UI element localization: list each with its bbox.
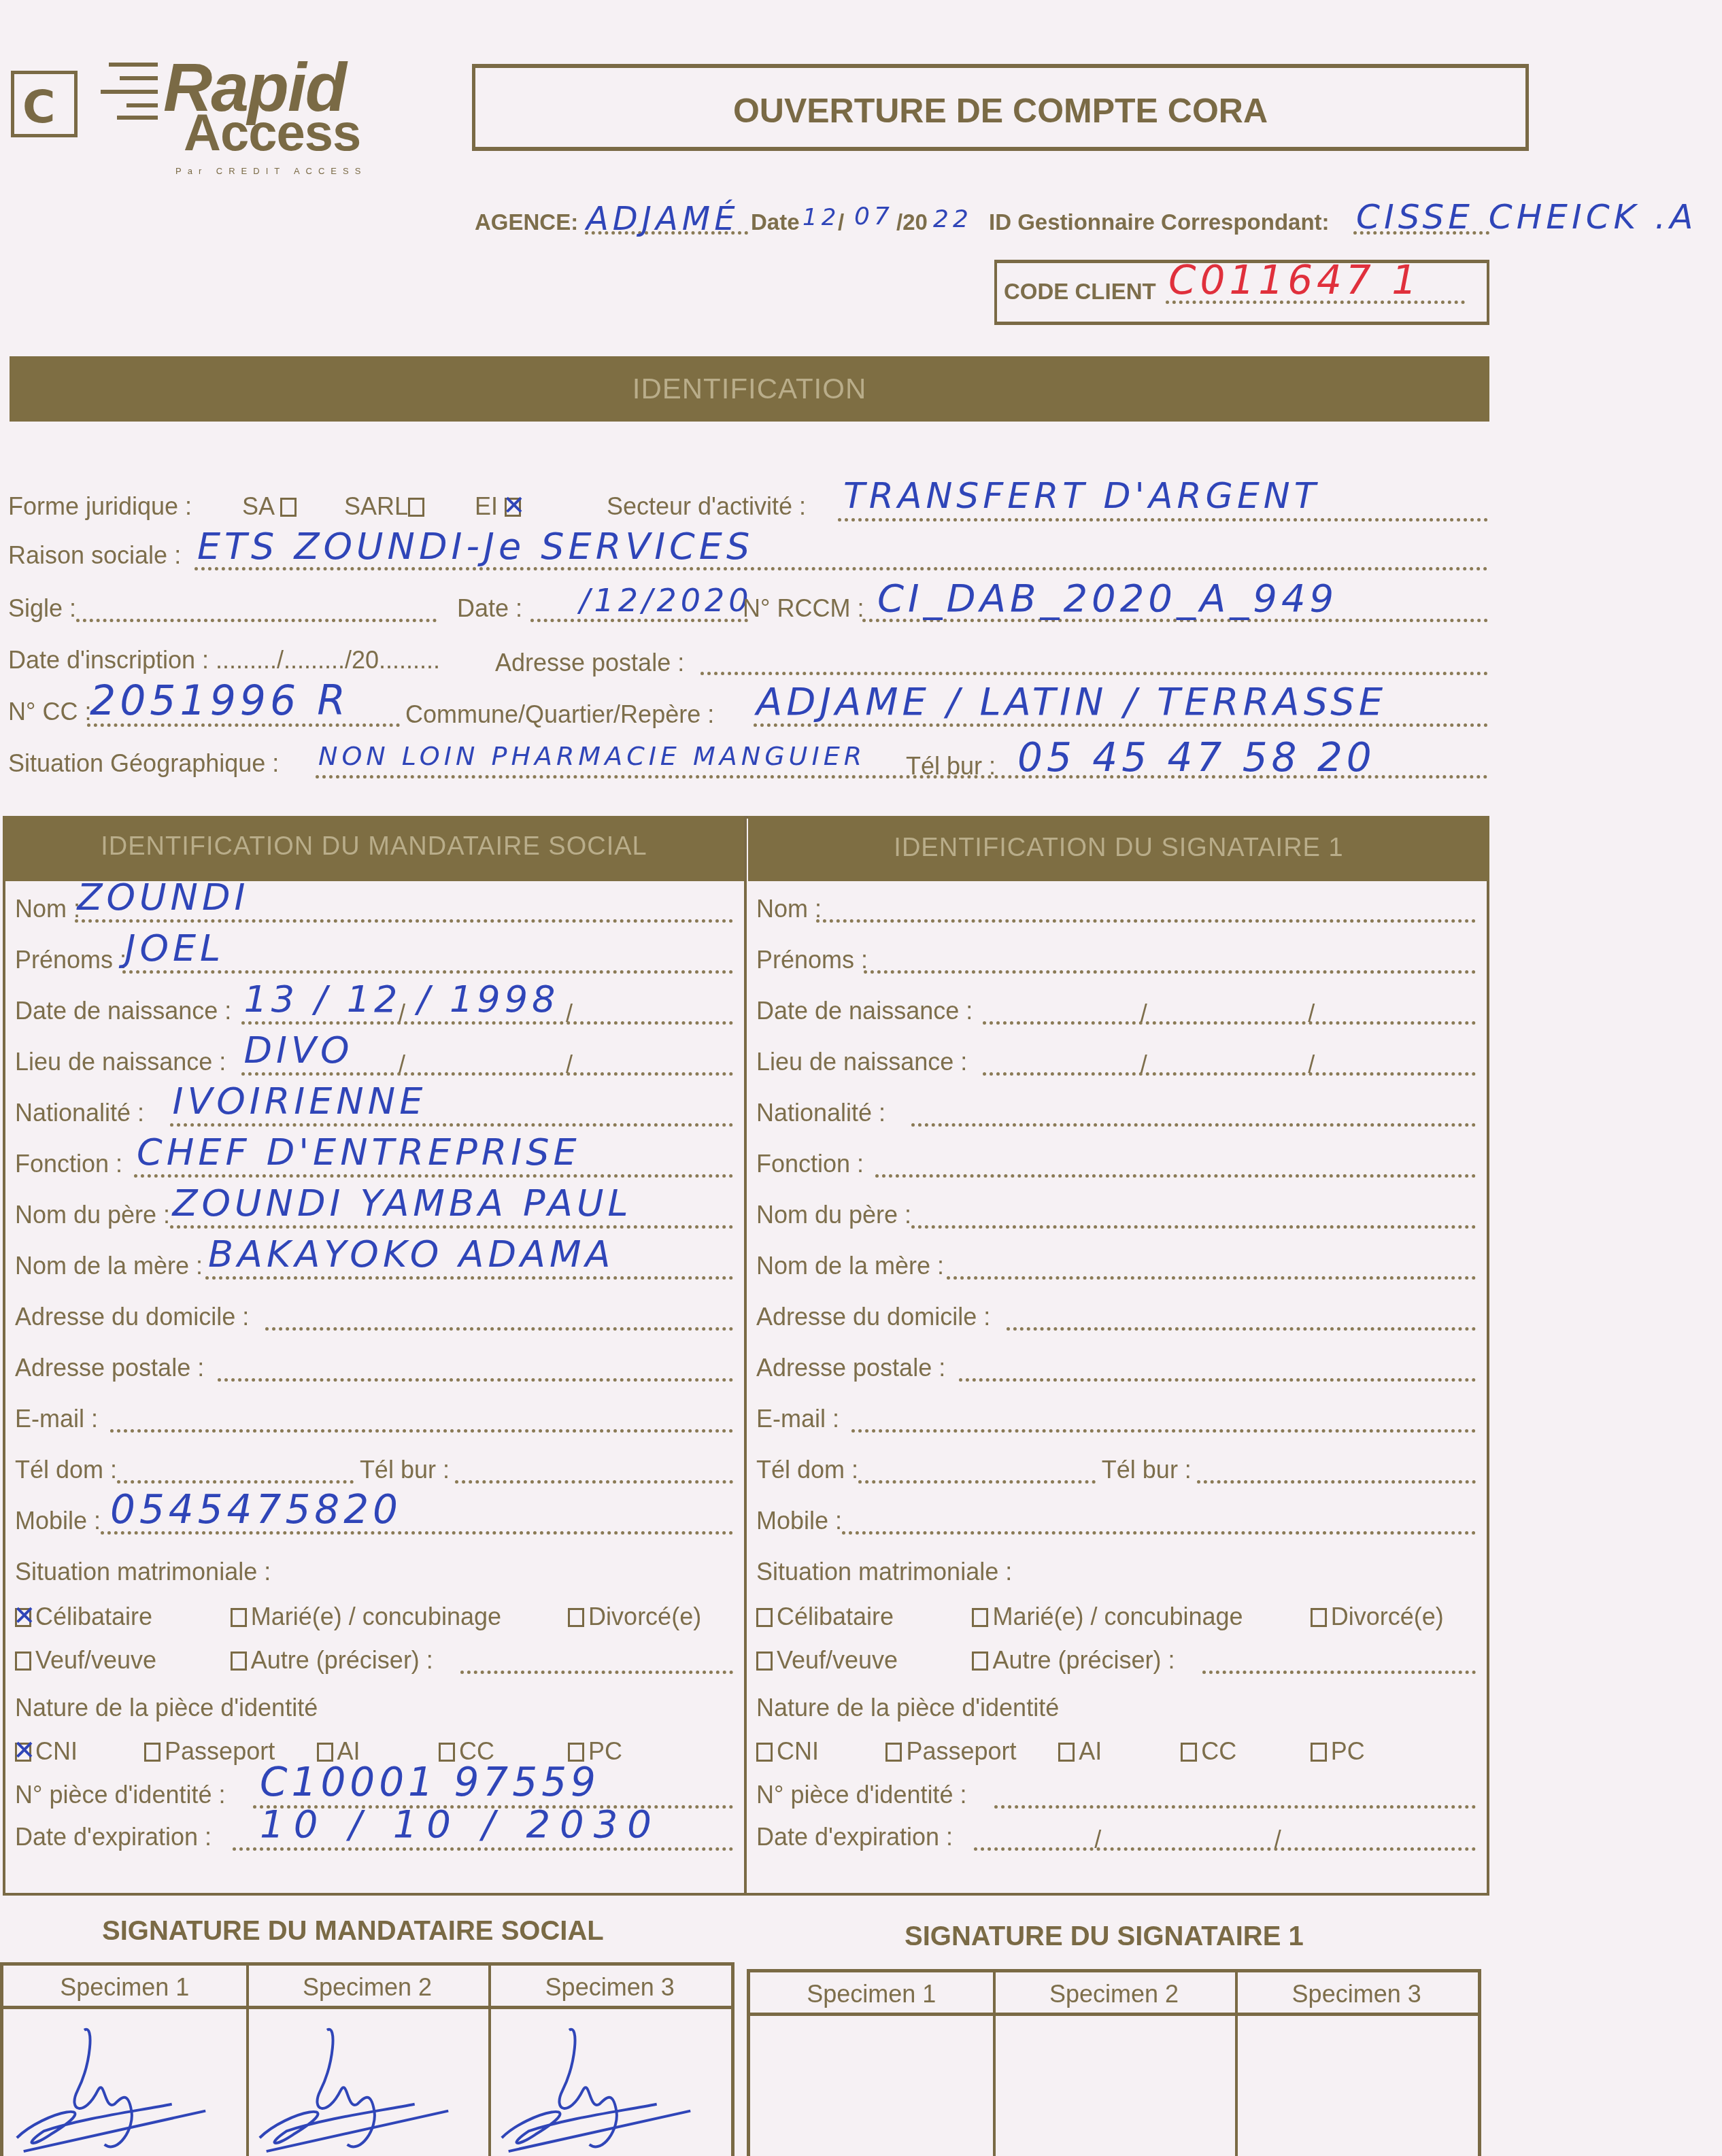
form-title: OUVERTURE DE COMPTE CORA (475, 91, 1525, 131)
mandataire-expiration-value[interactable]: 10 / 10 / 2030 (260, 1802, 661, 1847)
sigle-date-value[interactable]: /12/2020 (579, 582, 753, 619)
mandataire-tel-bur-dots (455, 1480, 733, 1484)
checkbox-icon[interactable] (1181, 1743, 1197, 1762)
signataire-specimen-2-cell[interactable] (993, 2016, 1236, 2156)
signataire-title: IDENTIFICATION DU SIGNATAIRE 1 (748, 834, 1489, 863)
mandataire-matrimoniale-divorce-e[interactable]: Divorcé(e) (568, 1603, 701, 1631)
speed-line (101, 90, 158, 94)
mandataire-specimen-2-cell[interactable] (246, 2009, 489, 2156)
signataire-expiration-label: Date d'expiration : (756, 1823, 953, 1851)
date-year[interactable]: 22 (933, 205, 973, 233)
checkbox-icon[interactable] (972, 1608, 988, 1627)
signataire-matrimoniale-celibataire[interactable]: Célibataire (756, 1603, 894, 1631)
signataire-nom-du-pere-dots (911, 1225, 1476, 1229)
signataire-expiration-dots (974, 1847, 1476, 1851)
mandataire-matrimoniale-autre-preciser[interactable]: Autre (préciser) : (231, 1646, 433, 1675)
sigle-dots (76, 619, 437, 622)
mandataire-tel-dom-label: Tél dom : (15, 1456, 117, 1484)
specimen-1-label: Specimen 1 (3, 1966, 246, 2009)
checkbox-icon[interactable] (231, 1608, 247, 1627)
mandataire-nom-du-pere-dots (170, 1225, 734, 1229)
identification-title: IDENTIFICATION (10, 373, 1489, 405)
ncc-label: N° CC : (8, 698, 91, 726)
signataire-piece-ai[interactable]: AI (1058, 1737, 1102, 1766)
mandataire-e-mail-label: E-mail : (15, 1405, 98, 1433)
signataire-autre-dots (1202, 1671, 1476, 1674)
mandataire-specimen-table: Specimen 1 Specimen 2 Specimen 3 (0, 1962, 735, 2156)
forme-option-sa[interactable]: SA (242, 492, 301, 521)
credit-access-logo-icon: C (11, 71, 78, 137)
signataire-prenoms-dots (864, 970, 1476, 974)
sigle-date-label: Date : (457, 594, 522, 623)
signataire-piece-passeport[interactable]: Passeport (885, 1737, 1016, 1766)
signataire-lieu-de-naissance-dots (983, 1072, 1476, 1076)
raison-value[interactable]: ETS ZOUNDI-Je SERVICES (197, 525, 754, 568)
checkbox-icon[interactable] (885, 1743, 902, 1762)
signature-icon (3, 2009, 246, 2156)
mandataire-fonction-dots (134, 1174, 733, 1178)
signataire-tel-dom-label: Tél dom : (756, 1456, 858, 1484)
speed-line (126, 103, 158, 107)
signataire-nom-du-pere-label: Nom du père : (756, 1201, 911, 1229)
signataire-mobile-dots (842, 1531, 1476, 1535)
tel-bur-label: Tél bur : (906, 752, 996, 781)
mandataire-date-de-naissance-label: Date de naissance : (15, 997, 231, 1025)
code-client-value[interactable]: C011647 1 (1168, 257, 1421, 303)
signataire-date-de-naissance-label: Date de naissance : (756, 997, 973, 1025)
checkbox-icon[interactable] (231, 1652, 247, 1671)
signataire-specimen-1-cell[interactable] (750, 2016, 993, 2156)
brand-name-access: Access (184, 103, 360, 162)
signataire-adresse-du-domicile-label: Adresse du domicile : (756, 1303, 990, 1331)
mandataire-expiration-dots (233, 1847, 733, 1851)
mandataire-specimen-1-cell[interactable] (3, 2009, 246, 2156)
raison-label: Raison sociale : (8, 541, 181, 570)
sigle-label: Sigle : (8, 594, 76, 623)
date-separator: / (566, 1050, 573, 1079)
specimen-2-label: Specimen 2 (246, 1966, 489, 2009)
signataire-piece-cc[interactable]: CC (1181, 1737, 1236, 1766)
checkbox-icon[interactable] (756, 1608, 773, 1627)
checkbox-icon[interactable] (144, 1743, 161, 1762)
signataire-fonction-label: Fonction : (756, 1150, 864, 1178)
mandataire-lieu-de-naissance-dots (241, 1072, 734, 1076)
mandataire-prenoms-dots (122, 970, 734, 974)
checkbox-icon[interactable] (1311, 1608, 1327, 1627)
mandataire-nationalite-dots (170, 1123, 734, 1127)
signataire-lieu-de-naissance-label: Lieu de naissance : (756, 1048, 967, 1076)
mandataire-prenoms-label: Prénoms : (15, 946, 126, 974)
rccm-value[interactable]: CI_DAB_2020_A_949 (877, 577, 1338, 621)
signataire-matrimoniale-divorce-e[interactable]: Divorcé(e) (1311, 1603, 1444, 1631)
checkbox-icon[interactable] (972, 1652, 988, 1671)
mandataire-piece-label: Nature de la pièce d'identité (15, 1694, 318, 1722)
mandataire-num-piece-label: N° pièce d'identité : (15, 1781, 225, 1809)
speed-line (109, 63, 158, 67)
forme-option-ei[interactable]: EI (475, 492, 525, 521)
signataire-tel-bur-dots (1197, 1480, 1476, 1484)
adresse-postale-label: Adresse postale : (495, 649, 684, 677)
checkbox-sarl[interactable] (408, 498, 424, 517)
mandataire-mobile-label: Mobile : (15, 1507, 101, 1535)
checkbox-icon[interactable] (15, 1743, 31, 1762)
signataire-tel-bur-label: Tél bur : (1102, 1456, 1192, 1484)
mandataire-nationalite-value[interactable]: IVOIRIENNE (173, 1080, 427, 1123)
mandataire-header: IDENTIFICATION DU MANDATAIRE SOCIAL (3, 816, 745, 881)
signataire-specimen-table: Specimen 1Specimen 2Specimen 3 (747, 1969, 1481, 2156)
agence-label: AGENCE: (475, 209, 578, 235)
mandataire-matrimoniale-label: Situation matrimoniale : (15, 1558, 271, 1586)
mandataire-lieu-de-naissance-value[interactable]: DIVO (244, 1029, 354, 1072)
signataire-matrimoniale-veuf-veuve[interactable]: Veuf/veuve (756, 1646, 898, 1675)
mandataire-nationalite-label: Nationalité : (15, 1099, 144, 1127)
checkbox-icon[interactable] (1058, 1743, 1075, 1762)
checkbox-sa[interactable] (280, 498, 297, 517)
mandataire-adresse-du-domicile-dots (265, 1327, 734, 1331)
signataire-signature-title: SIGNATURE DU SIGNATAIRE 1 (905, 1921, 1304, 1952)
mandataire-adresse-du-domicile-label: Adresse du domicile : (15, 1303, 249, 1331)
mandataire-matrimoniale-celibataire[interactable]: Célibataire (15, 1603, 152, 1631)
date-separator: / (1308, 999, 1315, 1028)
signataire-adresse-postale-dots (959, 1378, 1476, 1382)
mandataire-prenoms-value[interactable]: JOEL (125, 927, 225, 970)
mandataire-specimen-3-cell[interactable] (488, 2009, 731, 2156)
signataire-mobile-label: Mobile : (756, 1507, 842, 1535)
signataire-specimen-3-cell[interactable] (1235, 2016, 1478, 2156)
date-separator: / (1141, 1050, 1147, 1079)
mandataire-num-piece-value[interactable]: C10001 97559 (260, 1759, 600, 1805)
signataire-e-mail-dots (851, 1429, 1476, 1433)
specimen-3-label: Specimen 3 (488, 1966, 731, 2009)
signataire-e-mail-label: E-mail : (756, 1405, 839, 1433)
date-separator: / (1141, 999, 1147, 1028)
checkbox-icon[interactable] (1311, 1743, 1327, 1762)
speed-line (120, 76, 158, 80)
mandataire-matrimoniale-veuf-veuve[interactable]: Veuf/veuve (15, 1646, 156, 1675)
date-separator: / (1094, 1826, 1101, 1854)
gestionnaire-value[interactable]: CISSE CHEICK .A (1356, 197, 1697, 237)
mandataire-title: IDENTIFICATION DU MANDATAIRE SOCIAL (3, 832, 745, 861)
mandataire-mobile-value[interactable]: 0545475820 (110, 1486, 402, 1533)
checkbox-ei[interactable] (505, 498, 521, 517)
mandataire-adresse-postale-dots (218, 1378, 734, 1382)
checkbox-icon[interactable] (568, 1608, 584, 1627)
signataire-piece-pc[interactable]: PC (1311, 1737, 1365, 1766)
date-label: Date (751, 209, 800, 235)
date-separator: / (399, 1050, 405, 1079)
mandataire-e-mail-dots (110, 1429, 733, 1433)
code-client-label: CODE CLIENT (1004, 279, 1156, 305)
mandataire-tel-dom-dots (117, 1480, 354, 1484)
signataire-nom-de-la-mere-dots (947, 1276, 1476, 1280)
date-separator: / (1274, 1826, 1281, 1854)
mandataire-nom-dots (75, 919, 734, 923)
mandataire-date-de-naissance-dots (241, 1021, 734, 1025)
signataire-nom-label: Nom : (756, 895, 822, 923)
signataire-date-de-naissance-dots (983, 1021, 1476, 1025)
signataire-header: IDENTIFICATION DU SIGNATAIRE 1 (748, 816, 1489, 881)
signataire-fonction-dots (875, 1174, 1476, 1178)
signataire-num-piece-dots (994, 1805, 1476, 1809)
panel-divider (744, 816, 747, 1896)
situation-value[interactable]: NON LOIN PHARMACIE MANGUIER (318, 741, 866, 771)
signataire-nom-de-la-mere-label: Nom de la mère : (756, 1252, 944, 1280)
secteur-value[interactable]: TRANSFERT D'ARGENT (843, 476, 1319, 517)
signataire-matrimoniale-label: Situation matrimoniale : (756, 1558, 1012, 1586)
checkbox-icon[interactable] (756, 1743, 773, 1762)
form-title-box: OUVERTURE DE COMPTE CORA (472, 64, 1529, 151)
mandataire-autre-dots (460, 1671, 733, 1674)
rccm-label: N° RCCM : (743, 594, 864, 623)
mandataire-date-de-naissance-value[interactable]: 13 / 12 / 1998 (244, 978, 560, 1021)
mandataire-nom-label: Nom : (15, 895, 80, 923)
mandataire-nom-de-la-mere-dots (205, 1276, 733, 1280)
signataire-nationalite-label: Nationalité : (756, 1099, 885, 1127)
situation-label: Situation Géographique : (8, 749, 279, 778)
signataire-prenoms-label: Prénoms : (756, 946, 868, 974)
mandataire-adresse-postale-label: Adresse postale : (15, 1354, 204, 1382)
signataire-tel-dom-dots (858, 1480, 1096, 1484)
mandataire-expiration-label: Date d'expiration : (15, 1823, 212, 1851)
agence-value[interactable]: ADJAMÉ (586, 200, 739, 238)
gestionnaire-label: ID Gestionnaire Correspondant: (989, 209, 1330, 235)
date-inscription-label[interactable]: Date d'inscription : ........./.........… (8, 646, 440, 674)
signataire-nationalite-dots (911, 1123, 1476, 1127)
date-separator: / (1308, 1050, 1315, 1079)
identification-header: IDENTIFICATION (10, 356, 1489, 422)
mandataire-matrimoniale-marie-e-concubinage[interactable]: Marié(e) / concubinage (231, 1603, 501, 1631)
secteur-dots (838, 518, 1488, 521)
forme-juridique-label: Forme juridique : (8, 492, 192, 521)
commune-label: Commune/Quartier/Repère : (405, 700, 714, 729)
ncc-value[interactable]: 2051996 R (90, 677, 350, 725)
mandataire-nom-value[interactable]: ZOUNDI (78, 876, 250, 919)
mandataire-tel-bur-label: Tél bur : (360, 1456, 450, 1484)
specimen-1-label: Specimen 1 (750, 1972, 993, 2016)
mandataire-nom-de-la-mere-label: Nom de la mère : (15, 1252, 203, 1280)
date-month[interactable]: 07 (854, 203, 894, 230)
checkbox-icon[interactable] (756, 1652, 773, 1671)
date-year-prefix: /20 (896, 209, 928, 235)
signataire-piece-cni[interactable]: CNI (756, 1737, 819, 1766)
date-separator: / (566, 999, 573, 1028)
speed-line (117, 116, 158, 120)
mandataire-nom-du-pere-value[interactable]: ZOUNDI YAMBA PAUL (173, 1182, 632, 1225)
mandataire-lieu-de-naissance-label: Lieu de naissance : (15, 1048, 226, 1076)
date-day[interactable]: 12 (803, 204, 840, 231)
signataire-nom-dots (816, 919, 1476, 923)
mandataire-nom-du-pere-label: Nom du père : (15, 1201, 170, 1229)
forme-option-sarl[interactable]: SARL (344, 492, 428, 521)
signature-icon (246, 2009, 489, 2156)
specimen-2-label: Specimen 2 (993, 1972, 1236, 2016)
tel-bur-value[interactable]: 05 45 47 58 20 (1017, 734, 1376, 781)
checkbox-icon[interactable] (15, 1652, 31, 1671)
mandataire-piece-passeport[interactable]: Passeport (144, 1737, 275, 1766)
mandataire-piece-cni[interactable]: CNI (15, 1737, 78, 1766)
brand-tagline: Par CREDIT ACCESS (175, 166, 367, 176)
mandataire-nom-de-la-mere-value[interactable]: BAKAYOKO ADAMA (208, 1233, 615, 1276)
adresse-postale-dots (700, 672, 1488, 675)
signataire-matrimoniale-marie-e-concubinage[interactable]: Marié(e) / concubinage (972, 1603, 1243, 1631)
signataire-adresse-postale-label: Adresse postale : (756, 1354, 945, 1382)
mandataire-fonction-label: Fonction : (15, 1150, 122, 1178)
signature-icon (488, 2009, 731, 2156)
secteur-label: Secteur d'activité : (607, 492, 806, 521)
checkbox-icon[interactable] (15, 1608, 31, 1627)
signataire-adresse-du-domicile-dots (1007, 1327, 1476, 1331)
signataire-piece-label: Nature de la pièce d'identité (756, 1694, 1059, 1722)
signataire-matrimoniale-autre-preciser[interactable]: Autre (préciser) : (972, 1646, 1175, 1675)
signataire-num-piece-label: N° pièce d'identité : (756, 1781, 966, 1809)
mandataire-signature-title: SIGNATURE DU MANDATAIRE SOCIAL (102, 1916, 604, 1947)
sigle-date-dots (530, 619, 748, 622)
commune-value[interactable]: ADJAME / LATIN / TERRASSE (756, 680, 1387, 724)
mandataire-fonction-value[interactable]: CHEF D'ENTREPRISE (137, 1131, 581, 1174)
specimen-3-label: Specimen 3 (1235, 1972, 1478, 2016)
